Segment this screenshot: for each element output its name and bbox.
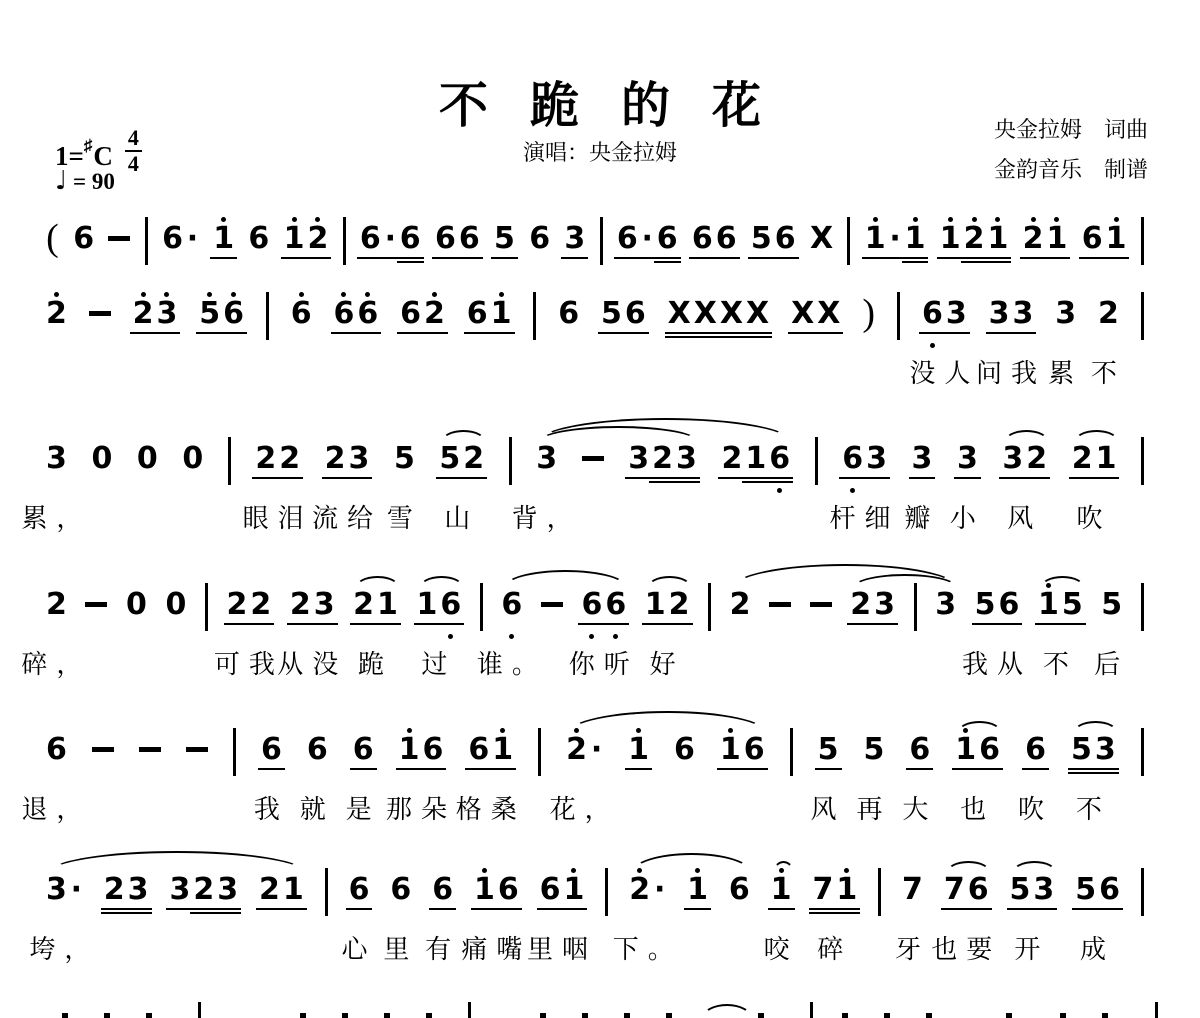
low-octave-dot-icon — [509, 634, 514, 639]
note-digit-2: 2 — [255, 432, 276, 497]
duration-underline — [742, 477, 769, 479]
note-cell: 16那朵 — [399, 723, 444, 788]
note-glyph: 2 — [964, 222, 985, 255]
augmentation-dot: · — [889, 212, 902, 277]
underline-row — [360, 255, 381, 267]
note-cell: 5后 — [1101, 578, 1122, 643]
duration-underline — [464, 332, 491, 334]
note-cell: 62 — [400, 287, 445, 352]
barline — [790, 728, 793, 776]
note-glyph: · — [653, 873, 666, 906]
duration-underline — [741, 768, 768, 770]
duration-underline — [1092, 772, 1119, 774]
note-digit-6: 6 — [467, 287, 488, 352]
sheet-music-page: 不跪的花 演唱：央金拉姆 央金拉姆 词曲 金韵音乐 制谱 1=♯C44 ♩ = … — [0, 0, 1200, 1018]
slur-arc — [503, 570, 628, 588]
note-digit-6: 6 — [999, 578, 1020, 643]
note-digit-6: 6 — [909, 723, 930, 788]
note-glyph: 6 — [360, 222, 381, 255]
note-cell: 6 — [73, 212, 94, 277]
clipped-barline — [810, 1002, 813, 1018]
underline-row — [657, 255, 678, 267]
note-cell: 56我从 — [975, 578, 1020, 643]
duration-underline — [689, 257, 716, 259]
underline-row — [423, 766, 444, 778]
note-digit-1: 1 — [865, 212, 886, 277]
duration-underline — [833, 908, 860, 910]
note-digit-1: 1 — [399, 723, 420, 788]
duration-underline — [941, 908, 968, 910]
underline-row — [957, 475, 978, 487]
dash-note — [89, 287, 111, 316]
note-glyph: 5 — [439, 442, 460, 475]
note-glyph: 3 — [989, 297, 1010, 330]
underline-row — [432, 906, 453, 918]
lyric: 是 — [346, 789, 381, 826]
note-cell: 6是 — [353, 723, 374, 788]
underline-row — [744, 766, 765, 778]
underline-row — [357, 330, 378, 342]
underline-row — [653, 906, 666, 918]
underline-row — [730, 621, 751, 633]
note-cell: 61 — [467, 287, 512, 352]
note-glyph: 7 — [944, 873, 965, 906]
low-octave-dot-icon — [589, 634, 594, 639]
dash — [89, 311, 111, 316]
clipped-note-top — [1060, 1013, 1066, 1018]
note-glyph: 7 — [812, 873, 833, 906]
duration-underline — [397, 261, 424, 263]
lyric: 不 — [1091, 353, 1126, 390]
duration-underline — [625, 768, 652, 770]
underline-row — [629, 906, 650, 918]
note-digit-2: 2 — [964, 212, 985, 277]
underline-row — [182, 475, 203, 487]
duration-underline — [788, 332, 817, 334]
note-glyph: 2 — [730, 588, 751, 621]
duration-underline — [256, 908, 283, 910]
note-digit-6: 6 — [400, 212, 421, 277]
note-cell: 56 — [601, 287, 646, 352]
underline-row — [491, 330, 512, 342]
duration-underline — [833, 912, 860, 914]
lyric: 没人 — [909, 353, 979, 390]
barline — [233, 728, 236, 776]
note-glyph: 6 — [729, 873, 750, 906]
underline-row — [1098, 330, 1119, 342]
note-digit-X: X — [817, 287, 840, 352]
note-glyph: 6 — [692, 222, 713, 255]
note-glyph: 6 — [248, 222, 269, 255]
underline-row — [291, 330, 312, 342]
lyric: 吹 — [1077, 498, 1112, 535]
duration-underline — [986, 332, 1013, 334]
barline — [480, 583, 483, 631]
note-cell: 0 — [126, 578, 147, 643]
duration-underline — [985, 257, 1012, 259]
underline-row — [1047, 255, 1068, 267]
duration-underline — [902, 261, 929, 263]
duration-underline — [1035, 623, 1062, 625]
octave-dot-row — [509, 634, 514, 643]
note-glyph: 6 — [716, 222, 737, 255]
note-digit-6: 6 — [1099, 863, 1120, 928]
note-glyph: 6 — [423, 733, 444, 766]
note-digit-3: 3 — [866, 432, 887, 497]
note-cell: 2不 — [1098, 287, 1119, 352]
duration-underline — [1059, 623, 1086, 625]
note-digit-6: 6 — [775, 212, 796, 277]
note-glyph: 6 — [46, 733, 67, 766]
note-glyph: X — [791, 297, 814, 330]
note-glyph: 6 — [605, 588, 626, 621]
underline-row — [1062, 621, 1083, 633]
underline-row — [864, 766, 885, 778]
note-glyph: 0 — [182, 442, 203, 475]
note-digit-6: 6 — [423, 723, 444, 788]
dash-note — [108, 212, 130, 241]
note-glyph: 3 — [217, 873, 238, 906]
note-cell: 6退， — [46, 723, 67, 788]
duration-underline — [1030, 908, 1057, 910]
note-digit-6: 6 — [459, 212, 480, 277]
duration-underline — [214, 912, 241, 914]
note-cell: 66 — [435, 212, 480, 277]
note-cell: 33问我 — [989, 287, 1034, 352]
duration-underline — [943, 332, 970, 334]
underline-row — [213, 255, 234, 267]
note-glyph: 2 — [353, 588, 374, 621]
note-digit-6: 6 — [1025, 723, 1046, 788]
lyric: 不 — [1076, 789, 1111, 826]
duration-underline — [684, 908, 711, 910]
duration-underline — [999, 477, 1026, 479]
duration-underline — [602, 623, 629, 625]
note-glyph: 6 — [769, 442, 790, 475]
duration-underline — [280, 908, 307, 910]
note-glyph: 2 — [850, 588, 871, 621]
note-digit-0: 0 — [182, 432, 203, 497]
lyric: 问我 — [976, 353, 1046, 390]
note-cell: 6 — [529, 212, 550, 277]
underline-row — [940, 255, 961, 267]
score-line-6: 3·垮，23323216心6里6有16痛嘴61里咽2·下。161咬71碎7牙76… — [46, 863, 1144, 967]
underline-row — [283, 906, 304, 918]
note-digit-7: 7 — [902, 863, 923, 928]
note-cell: 22眼泪 — [255, 432, 300, 497]
underline-row — [746, 330, 769, 342]
dash-note — [186, 723, 208, 752]
note-digit-6: 6 — [432, 863, 453, 928]
duration-underline — [871, 623, 898, 625]
note-glyph: 2 — [424, 297, 445, 330]
underline-row — [964, 255, 985, 267]
note-digit-0: 0 — [137, 432, 158, 497]
note-glyph: 3 — [314, 588, 335, 621]
note-digit-1: 1 — [988, 212, 1009, 277]
note-digit-6: 6 — [716, 212, 737, 277]
note-cell: 6就 — [307, 723, 328, 788]
underline-row — [255, 475, 276, 487]
underline-row — [284, 255, 305, 267]
note-digit-1: 1 — [491, 287, 512, 352]
underline-row — [307, 766, 328, 778]
underline-row — [889, 255, 902, 267]
note-digit-2: 2 — [290, 578, 311, 643]
lyric: 可我 — [214, 644, 284, 681]
lyric: 退， — [21, 789, 91, 826]
note-glyph: 1 — [1047, 222, 1068, 255]
duration-underline — [766, 477, 793, 479]
slur-arc — [631, 853, 752, 873]
duration-underline — [976, 768, 1003, 770]
note-glyph: ) — [862, 297, 875, 330]
underline-row — [968, 906, 989, 918]
duration-underline — [537, 908, 564, 910]
underline-row — [540, 906, 561, 918]
note-glyph: 3 — [874, 588, 895, 621]
underline-row — [652, 475, 673, 487]
note-glyph: 1 — [399, 733, 420, 766]
note-digit-6: 6 — [558, 287, 579, 352]
note-cell: 3 — [564, 212, 585, 277]
note-digit-0: 0 — [91, 432, 112, 497]
note-digit-6: 6 — [390, 863, 411, 928]
note-digit-6: 6 — [46, 723, 67, 788]
duration-underline — [1069, 477, 1096, 479]
lyric: 风 — [1007, 498, 1042, 535]
note-digit-X: X — [694, 287, 717, 352]
barline — [509, 437, 512, 485]
note-cell: 6大 — [909, 723, 930, 788]
clipped-barline — [468, 1002, 471, 1018]
note-glyph: · — [641, 222, 654, 255]
underline-row — [935, 621, 956, 633]
lyric: 再 — [856, 789, 891, 826]
barline — [897, 292, 900, 340]
note-glyph: 2 — [629, 873, 650, 906]
duration-underline — [691, 336, 720, 338]
duration-underline — [489, 768, 516, 770]
note-digit-2: 2 — [250, 578, 271, 643]
duration-underline — [625, 477, 652, 479]
clipped-note-top — [666, 1013, 672, 1018]
duration-underline — [743, 332, 772, 334]
duration-underline — [190, 912, 217, 914]
duration-underline — [210, 257, 237, 259]
underline-row — [307, 255, 328, 267]
note-glyph: 2 — [250, 588, 271, 621]
slur-arc — [48, 851, 306, 873]
dash — [108, 236, 130, 241]
underline-row — [1002, 475, 1023, 487]
duration-underline — [649, 477, 676, 479]
lyric: 跪 — [358, 644, 393, 681]
note-cell: 66 — [692, 212, 737, 277]
underline-row — [377, 621, 398, 633]
underline-row — [1025, 766, 1046, 778]
note-glyph: 2 — [255, 442, 276, 475]
underline-row — [558, 330, 579, 342]
note-digit-5: 5 — [1075, 863, 1096, 928]
duration-underline — [1044, 257, 1071, 259]
note-glyph: 3 — [1033, 873, 1054, 906]
underline-row — [1072, 475, 1093, 487]
note-cell: 5风 — [818, 723, 839, 788]
dash — [769, 602, 791, 607]
underline-row — [169, 906, 190, 918]
note-glyph: ( — [46, 222, 59, 255]
barline — [1141, 292, 1144, 340]
note-digit-1: 1 — [1047, 212, 1068, 277]
note-digit-3: 3 — [1055, 287, 1076, 352]
underline-row — [290, 621, 311, 633]
lyric: 我从 — [962, 644, 1032, 681]
duration-underline — [374, 623, 401, 625]
duration-underline — [1092, 768, 1119, 770]
octave-dot-row — [613, 634, 618, 643]
note-glyph: 6 — [498, 873, 519, 906]
note-glyph: 6 — [1025, 733, 1046, 766]
note-cell: 61格桑 — [468, 723, 513, 788]
duration-underline — [665, 332, 694, 334]
duration-underline — [742, 481, 769, 483]
note-cell: 22可我 — [227, 578, 272, 643]
underline-row — [909, 766, 930, 778]
duration-underline — [748, 257, 775, 259]
note-digit-3: 3 — [912, 432, 933, 497]
note-glyph: X — [720, 297, 743, 330]
note-glyph: X — [694, 297, 717, 330]
duration-underline — [346, 908, 373, 910]
note-digit-1: 1 — [836, 863, 857, 928]
note-digit-6: 6 — [625, 287, 646, 352]
note-digit-6: 6 — [435, 212, 456, 277]
note-glyph: 6 — [674, 733, 695, 766]
note-digit-3: 3 — [957, 432, 978, 497]
note-glyph: 3 — [536, 442, 557, 475]
low-octave-dot-icon — [850, 488, 855, 493]
note-cell: 6里 — [390, 863, 411, 928]
dash — [186, 747, 208, 752]
underline-row — [628, 766, 649, 778]
dash — [582, 456, 604, 461]
octave-dot-row — [930, 343, 935, 352]
duration-underline — [429, 908, 456, 910]
duration-underline — [809, 912, 836, 914]
note-cell: 3累 — [1055, 287, 1076, 352]
note-glyph: 3 — [1055, 297, 1076, 330]
note-glyph: 5 — [394, 442, 415, 475]
note-cell: 6 — [291, 287, 312, 352]
duration-underline — [437, 623, 464, 625]
underline-row — [775, 255, 796, 267]
underline-row — [874, 621, 895, 633]
underline-row — [729, 906, 750, 918]
underline-row — [400, 330, 421, 342]
lyric: 也要 — [931, 929, 1001, 966]
underline-row — [279, 475, 300, 487]
note-cell: 16痛嘴 — [474, 863, 519, 928]
underline-row — [467, 330, 488, 342]
note-digit-1: 1 — [492, 723, 513, 788]
duration-underline — [311, 623, 338, 625]
note-digit-3: 3 — [564, 212, 585, 277]
lyric: 牙 — [895, 929, 930, 966]
low-octave-dot-icon — [448, 634, 453, 639]
duration-underline — [862, 257, 889, 259]
underline-row — [999, 621, 1020, 633]
underline-row — [165, 621, 186, 633]
note-cell: 5雪 — [394, 432, 415, 497]
note-digit-6: 6 — [307, 723, 328, 788]
note-glyph: 6 — [842, 442, 863, 475]
underline-row — [46, 255, 59, 267]
dash-note — [85, 578, 107, 607]
underline-row — [1082, 255, 1103, 267]
note-digit-3: 3 — [314, 578, 335, 643]
duration-underline — [717, 768, 744, 770]
duration-underline — [952, 768, 979, 770]
underline-row — [1075, 906, 1096, 918]
note-glyph: 3 — [912, 442, 933, 475]
underline-row — [922, 330, 943, 342]
note-glyph: X — [746, 297, 769, 330]
note-glyph: 2 — [259, 873, 280, 906]
duration-underline — [809, 908, 836, 910]
underline-row — [157, 330, 178, 342]
underline-row — [1026, 475, 1047, 487]
underline-row — [1023, 255, 1044, 267]
note-digit-5: 5 — [494, 212, 515, 277]
underline-row — [721, 475, 742, 487]
note-digit-6: 6 — [353, 723, 374, 788]
note-digit-2: 2 — [46, 287, 67, 352]
clipped-note-top — [624, 1013, 630, 1018]
lyric: 吹 — [1018, 789, 1053, 826]
lyric: 从没 — [277, 644, 347, 681]
underline-row — [501, 621, 522, 633]
barline — [605, 868, 608, 916]
note-cell: 61 — [1082, 212, 1127, 277]
duration-underline — [985, 261, 1012, 263]
low-octave-dot-icon — [777, 488, 782, 493]
note-glyph: 6 — [432, 873, 453, 906]
underline-row — [353, 621, 374, 633]
note-glyph: 6 — [435, 222, 456, 255]
underline-row — [905, 255, 926, 267]
duration-underline — [622, 332, 649, 334]
underline-row — [866, 475, 887, 487]
note-glyph: 3 — [957, 442, 978, 475]
note-glyph: 3 — [1002, 442, 1023, 475]
note-glyph: 6 — [968, 873, 989, 906]
duration-underline — [906, 768, 933, 770]
note-glyph: 6 — [581, 588, 602, 621]
underline-row — [645, 621, 666, 633]
clipped-note-top — [1102, 1013, 1108, 1018]
duration-underline — [743, 336, 772, 338]
underline-row — [314, 621, 335, 633]
note-glyph: 3 — [935, 588, 956, 621]
clipped-note-top — [540, 1013, 546, 1018]
note-glyph: 2 — [1072, 442, 1093, 475]
underline-row — [384, 255, 397, 267]
lyric: 有 — [425, 929, 460, 966]
note-glyph: 5 — [751, 222, 772, 255]
note-cell: XXXX — [668, 287, 770, 352]
underline-row — [186, 255, 199, 267]
